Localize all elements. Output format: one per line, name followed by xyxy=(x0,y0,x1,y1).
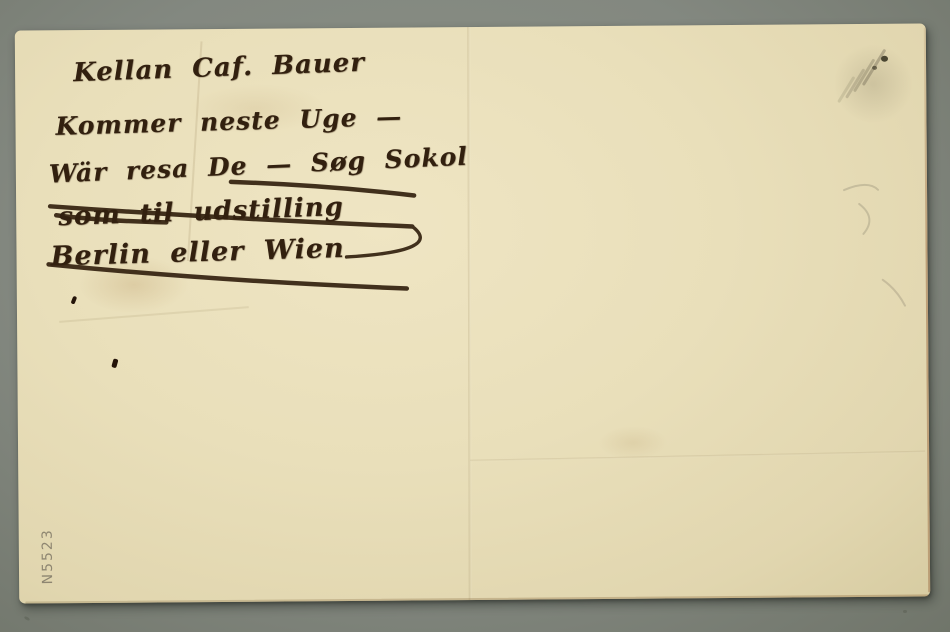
paper-edge xyxy=(25,594,928,603)
photo-background: Kellan Caf. Bauer Kommer neste Uge — Wär… xyxy=(0,0,950,632)
pen-flourish xyxy=(346,226,420,257)
scuff-mark xyxy=(844,185,878,190)
handwriting-line-1: Kellan Caf. Bauer xyxy=(73,48,366,88)
ink-smudge-dot xyxy=(872,66,877,70)
crease-line xyxy=(59,306,249,323)
ink-smudge xyxy=(833,44,914,125)
background-speck xyxy=(903,610,907,613)
ink-smudge-dot xyxy=(881,56,888,62)
scuff-mark xyxy=(859,204,869,234)
paper-edge xyxy=(924,27,930,592)
vertical-fold-line xyxy=(467,27,472,600)
handwriting-line-2: Kommer neste Uge — xyxy=(55,102,402,141)
catalog-number: N5523 xyxy=(40,506,63,606)
handwriting-line-3-prefix: Wär resa De — xyxy=(48,148,311,188)
crease-line xyxy=(470,451,925,462)
scuff-mark xyxy=(883,280,905,306)
ink-dot xyxy=(111,358,118,368)
handwriting-line-3: Wär resa De — Søg Sokol xyxy=(48,142,468,189)
paper-stain xyxy=(598,425,668,460)
handwriting-line-5-struck: Berlin eller Wien xyxy=(50,233,345,272)
handwriting-line-4-struck: som til udstilling xyxy=(58,192,345,232)
background-speck xyxy=(24,616,31,622)
handwriting-line-3-struck-text: Søg Sokol xyxy=(310,142,468,178)
ink-dot xyxy=(71,296,78,305)
note-paper: Kellan Caf. Bauer Kommer neste Uge — Wär… xyxy=(15,23,930,603)
